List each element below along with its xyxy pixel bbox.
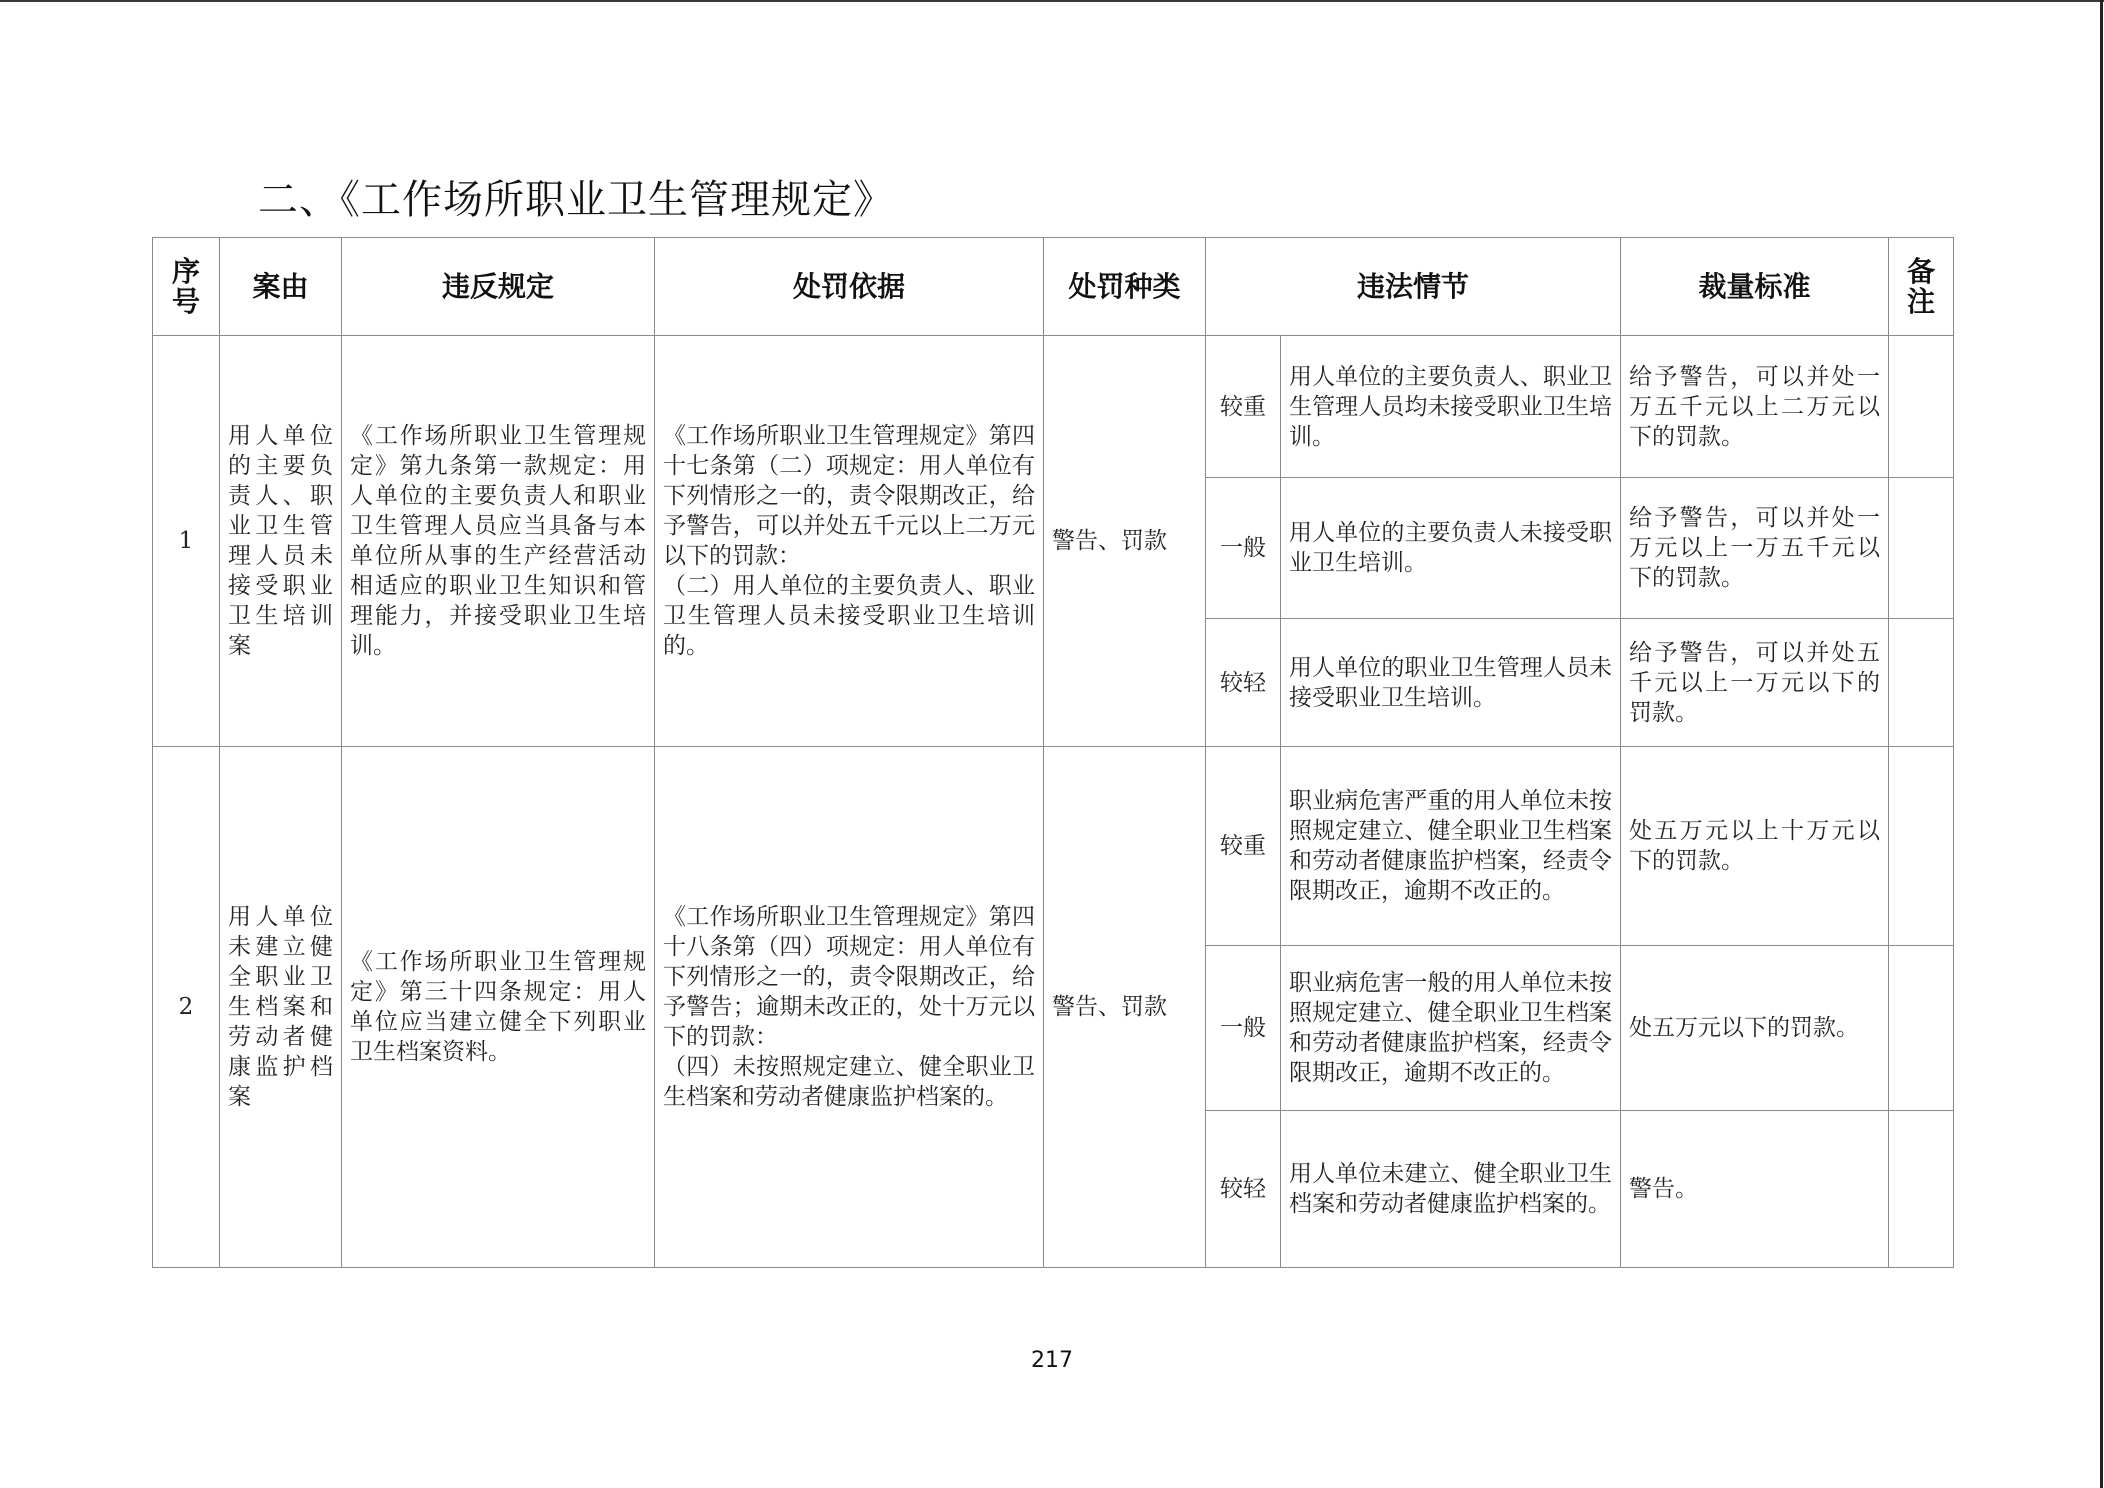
- row-violated-rule: 《工作场所职业卫生管理规定》第三十四条规定：用人单位应当建立健全下列职业卫生档案…: [342, 747, 655, 1268]
- header-circumstances: 违法情节: [1206, 238, 1621, 336]
- level-circumstance: 用人单位的职业卫生管理人员未接受职业卫生培训。: [1281, 619, 1621, 747]
- row-index: 1: [153, 336, 220, 747]
- page-number: 217: [0, 1348, 2104, 1373]
- header-case: 案由: [220, 238, 342, 336]
- row-case: 用人单位的主要负责人、职业卫生管理人员未接受职业卫生培训案: [220, 336, 342, 747]
- header-penalty-type: 处罚种类: [1044, 238, 1206, 336]
- level-label: 一般: [1206, 478, 1281, 619]
- row-index: 2: [153, 747, 220, 1268]
- table-row: 1 用人单位的主要负责人、职业卫生管理人员未接受职业卫生培训案 《工作场所职业卫…: [153, 336, 1954, 478]
- level-remark: [1889, 336, 1954, 478]
- level-standard: 给予警告，可以并处五千元以上一万元以下的罚款。: [1621, 619, 1889, 747]
- section-title: 二、《工作场所职业卫生管理规定》: [258, 172, 894, 228]
- header-standard: 裁量标准: [1621, 238, 1889, 336]
- level-circumstance: 用人单位的主要负责人未接受职业卫生培训。: [1281, 478, 1621, 619]
- row-penalty-basis: 《工作场所职业卫生管理规定》第四十七条第（二）项规定：用人单位有下列情形之一的，…: [655, 336, 1044, 747]
- level-standard: 处五万元以下的罚款。: [1621, 946, 1889, 1111]
- level-circumstance: 职业病危害一般的用人单位未按照规定建立、健全职业卫生档案和劳动者健康监护档案，经…: [1281, 946, 1621, 1111]
- level-circumstance: 用人单位的主要负责人、职业卫生管理人员均未接受职业卫生培训。: [1281, 336, 1621, 478]
- level-label: 较重: [1206, 747, 1281, 946]
- level-remark: [1889, 619, 1954, 747]
- level-circumstance: 职业病危害严重的用人单位未按照规定建立、健全职业卫生档案和劳动者健康监护档案，经…: [1281, 747, 1621, 946]
- level-standard: 给予警告，可以并处一万五千元以上二万元以下的罚款。: [1621, 336, 1889, 478]
- table-row: 2 用人单位未建立健全职业卫生档案和劳动者健康监护档案 《工作场所职业卫生管理规…: [153, 747, 1954, 946]
- page-right-border: [2100, 0, 2103, 1488]
- row-case: 用人单位未建立健全职业卫生档案和劳动者健康监护档案: [220, 747, 342, 1268]
- header-penalty-basis: 处罚依据: [655, 238, 1044, 336]
- header-violated-rule: 违反规定: [342, 238, 655, 336]
- level-label: 较重: [1206, 336, 1281, 478]
- level-remark: [1889, 1111, 1954, 1268]
- level-label: 一般: [1206, 946, 1281, 1111]
- header-index: 序 号: [153, 238, 220, 336]
- level-remark: [1889, 478, 1954, 619]
- level-standard: 警告。: [1621, 1111, 1889, 1268]
- row-penalty-basis: 《工作场所职业卫生管理规定》第四十八条第（四）项规定：用人单位有下列情形之一的，…: [655, 747, 1044, 1268]
- level-standard: 给予警告，可以并处一万元以上一万五千元以下的罚款。: [1621, 478, 1889, 619]
- level-circumstance: 用人单位未建立、健全职业卫生档案和劳动者健康监护档案的。: [1281, 1111, 1621, 1268]
- table-header-row: 序 号 案由 违反规定 处罚依据 处罚种类 违法情节 裁量标准 备 注: [153, 238, 1954, 336]
- row-penalty-type: 警告、罚款: [1044, 336, 1206, 747]
- level-standard: 处五万元以上十万元以下的罚款。: [1621, 747, 1889, 946]
- level-remark: [1889, 747, 1954, 946]
- page-top-border: [0, 0, 2104, 2]
- level-label: 较轻: [1206, 619, 1281, 747]
- header-remarks: 备 注: [1889, 238, 1954, 336]
- row-violated-rule: 《工作场所职业卫生管理规定》第九条第一款规定：用人单位的主要负责人和职业卫生管理…: [342, 336, 655, 747]
- discretion-standards-table: 序 号 案由 违反规定 处罚依据 处罚种类 违法情节 裁量标准 备 注 1 用人…: [152, 237, 1954, 1268]
- level-remark: [1889, 946, 1954, 1111]
- level-label: 较轻: [1206, 1111, 1281, 1268]
- row-penalty-type: 警告、罚款: [1044, 747, 1206, 1268]
